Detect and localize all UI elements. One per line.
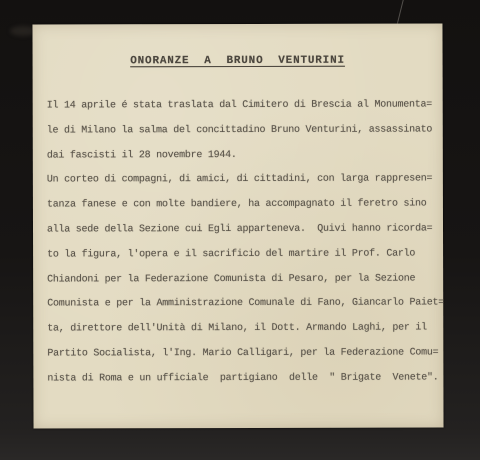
- text-line: Partito Socialista, l'Ing. Mario Calliga…: [47, 341, 435, 367]
- text-line: tanza fanese e con molte bandiere, ha ac…: [47, 193, 435, 219]
- text-line: le di Milano la salma del concittadino B…: [47, 118, 435, 144]
- text-line: alla sede della Sezione cui Egli apparte…: [47, 217, 435, 243]
- text-line: nista di Roma e un ufficiale partigiano …: [47, 366, 435, 392]
- text-line: Un corteo di compagni, di amici, di citt…: [47, 168, 435, 194]
- text-line: dai fascisti il 28 novembre 1944.: [47, 143, 435, 169]
- text-line: Comunista e per la Amministrazione Comun…: [47, 292, 435, 318]
- document-body: Il 14 aprile é stata traslata dal Cimite…: [47, 93, 436, 392]
- text-line: to la figura, l'opera e il sacrificio de…: [47, 242, 435, 268]
- text-line: Il 14 aprile é stata traslata dal Cimite…: [47, 93, 435, 119]
- text-line: ta, direttore dell'Unità di Milano, il D…: [47, 317, 435, 343]
- document-page: ONORANZE A BRUNO VENTURINI Il 14 aprile …: [32, 23, 443, 428]
- text-line: Chiandoni per la Federazione Comunista d…: [47, 267, 435, 293]
- document-title: ONORANZE A BRUNO VENTURINI: [33, 54, 443, 67]
